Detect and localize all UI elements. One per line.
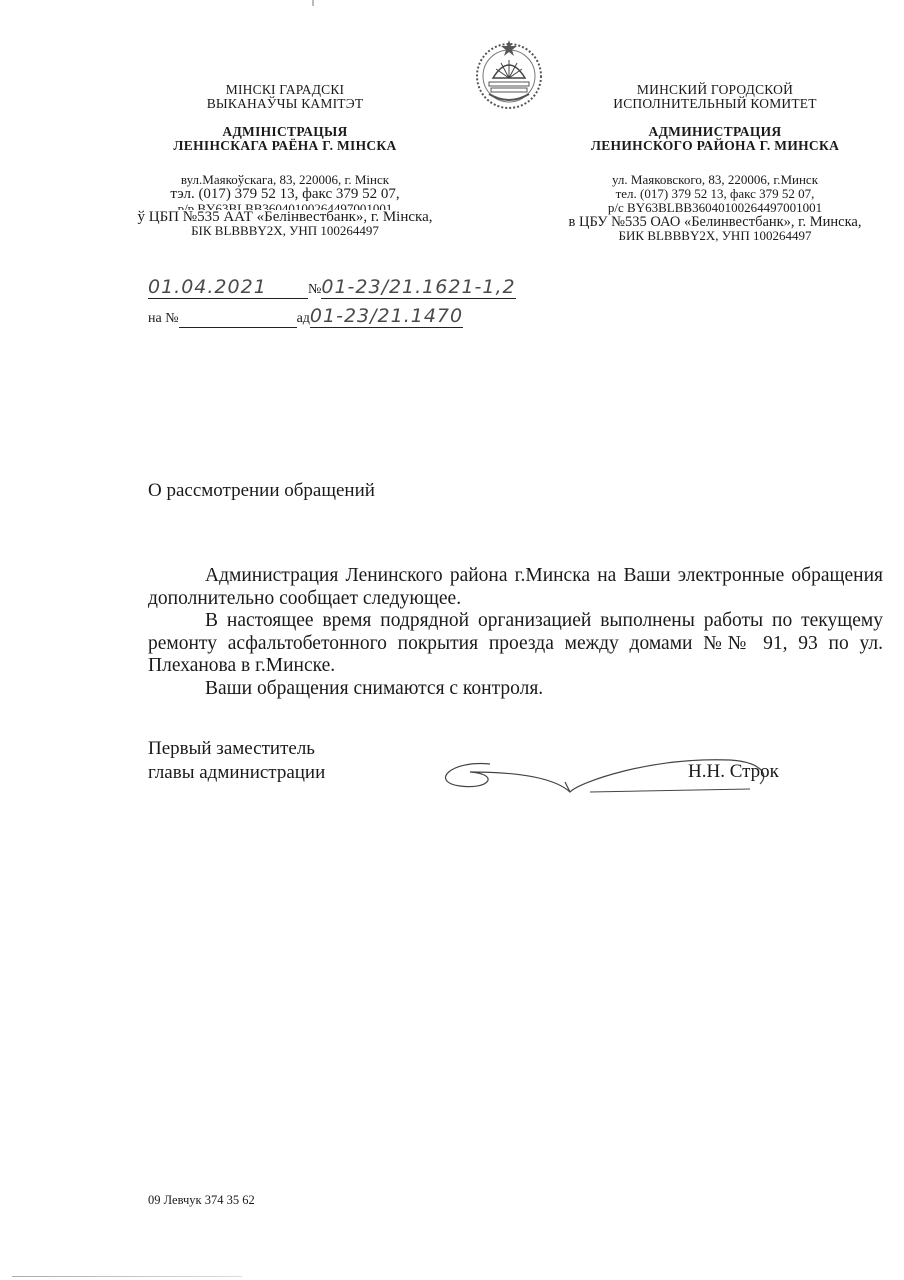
state-emblem-icon	[471, 36, 547, 112]
body-paragraph: Ваши обращения снимаются с контроля.	[148, 678, 883, 701]
bank-account: р/с BY63BLBB36040100264497001001	[545, 201, 885, 215]
executor-note: 09 Левчук 374 35 62	[148, 1193, 255, 1208]
phone: тэл. (017) 379 52 13, факс 379 52 07,	[115, 187, 455, 202]
admin-name-line2: ЛЕНІНСКАГА РАЁНА Г. МІНСКА	[115, 139, 455, 153]
signatory-title: Первый заместитель главы администрации	[148, 737, 325, 785]
signatory-title-line2: главы администрации	[148, 761, 325, 785]
date-handwritten: 01.04.2021	[148, 276, 308, 299]
subject-line: О рассмотрении обращений	[148, 480, 375, 502]
admin-name-line1: АДМІНІСТРАЦЫЯ	[115, 125, 455, 139]
header-left: МІНСКІ ГАРАДСКІ ВЫКАНАЎЧЫ КАМІТЭТ АДМІНІ…	[115, 83, 455, 238]
bank: ў ЦБП №535 ААТ «Белінвестбанк», г. Мінск…	[115, 210, 455, 224]
signatory-name: Н.Н. Строк	[688, 761, 779, 783]
scan-mark	[312, 0, 314, 6]
reply-label: на №	[148, 311, 179, 326]
bic: БИК BLBBBY2X, УНП 100264497	[545, 229, 885, 243]
admin-name-line2: ЛЕНИНСКОГО РАЙОНА Г. МИНСКА	[545, 139, 885, 153]
signatory-title-line1: Первый заместитель	[148, 737, 325, 761]
number-handwritten: 01-23/21.1621-1,2	[321, 276, 515, 299]
admin-name-line1: АДМИНИСТРАЦИЯ	[545, 125, 885, 139]
org-name-line1: МИНСКИЙ ГОРОДСКОЙ	[545, 83, 885, 97]
header-right: МИНСКИЙ ГОРОДСКОЙ ИСПОЛНИТЕЛЬНЫЙ КОМИТЕТ…	[545, 83, 885, 243]
from-label: ад	[297, 311, 310, 326]
address: вул.Маякоўскага, 83, 220006, г. Мінск	[115, 173, 455, 187]
address: ул. Маяковского, 83, 220006, г.Минск	[545, 173, 885, 187]
from-handwritten: 01-23/21.1470	[310, 305, 463, 328]
bic: БІК BLBBBY2X, УНП 100264497	[115, 224, 455, 238]
incoming-reference: на № ад01-23/21.1470	[148, 305, 463, 328]
org-name-line2: ВЫКАНАЎЧЫ КАМІТЭТ	[115, 97, 455, 111]
outgoing-reference: 01.04.2021№01-23/21.1621-1,2	[148, 276, 516, 299]
org-name-line1: МІНСКІ ГАРАДСКІ	[115, 83, 455, 97]
scan-edge-line	[12, 1276, 242, 1277]
org-name-line2: ИСПОЛНИТЕЛЬНЫЙ КОМИТЕТ	[545, 97, 885, 111]
bank: в ЦБУ №535 ОАО «Белинвестбанк», г. Минск…	[545, 215, 885, 229]
phone: тел. (017) 379 52 13, факс 379 52 07,	[545, 187, 885, 201]
letter-body: Администрация Ленинского района г.Минска…	[148, 565, 883, 700]
body-paragraph: Администрация Ленинского района г.Минска…	[148, 565, 883, 610]
body-paragraph: В настоящее время подрядной организацией…	[148, 610, 883, 678]
number-label: №	[308, 282, 321, 297]
